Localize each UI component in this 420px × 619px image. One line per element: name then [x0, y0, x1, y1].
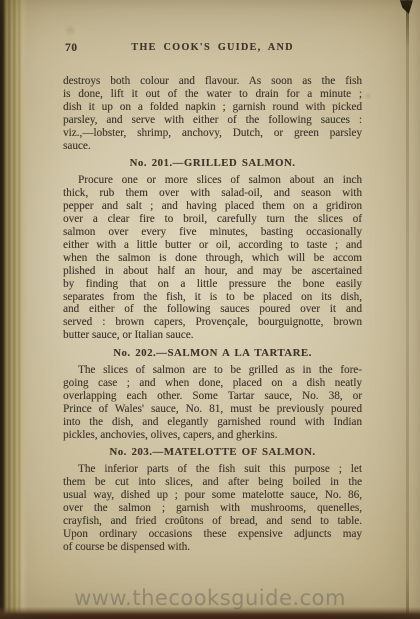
- text-line: either with a little butter or oil, acco…: [63, 239, 362, 252]
- section-heading: No. 201.—GRILLED SALMON.: [63, 157, 362, 170]
- text-line: plished in about half an hour, and may b…: [63, 265, 362, 278]
- text-line: when the salmon is done through, which w…: [63, 252, 362, 265]
- running-head: 70 THE COOK'S GUIDE, AND: [63, 42, 362, 55]
- text-line: over a clear fire to broil, carefully tu…: [63, 213, 362, 226]
- text-line: dish it up on a folded napkin ; garnish …: [63, 101, 362, 114]
- body-text: destroys both colour and flavour. As soo…: [63, 75, 362, 554]
- text-line: The inferior parts of the fish suit this…: [63, 463, 362, 476]
- text-line: and either of the following sauces poure…: [63, 303, 362, 316]
- paragraph: Procure one or more slices of salmon abo…: [63, 174, 362, 342]
- text-line: destroys both colour and flavour. As soo…: [63, 75, 362, 88]
- paragraph: destroys both colour and flavour. As soo…: [63, 75, 362, 152]
- page-edge-right-crease: [406, 0, 409, 619]
- text-line: going case ; and when done, placed on a …: [63, 377, 362, 390]
- text-line: pickles, anchovies, olives, capers, and …: [63, 429, 362, 442]
- text-line: sauce.: [63, 140, 362, 153]
- text-line: Procure one or more slices of salmon abo…: [63, 174, 362, 187]
- book-gutter-left: [0, 0, 28, 619]
- paragraph: The slices of salmon are to be grilled a…: [63, 364, 362, 441]
- text-line: is done, lift it out of the water to dra…: [63, 88, 362, 101]
- text-line: by finding that on a little pressure the…: [63, 278, 362, 291]
- text-line: butter sauce, or Italian sauce.: [63, 329, 362, 342]
- text-line: viz.,—lobster, shrimp, anchovy, Dutch, o…: [63, 127, 362, 140]
- text-line: usual way, dished up ; pour some matelot…: [63, 489, 362, 502]
- text-line: parsley, and serve with either of the fo…: [63, 114, 362, 127]
- page-number: 70: [65, 42, 78, 55]
- section-heading: No. 203.—MATELOTTE OF SALMON.: [63, 446, 362, 459]
- text-line: pepper and salt ; and having placed them…: [63, 200, 362, 213]
- text-line: Prince of Wales' sauce, No. 81, must be …: [63, 403, 362, 416]
- running-title: THE COOK'S GUIDE, AND: [63, 42, 362, 55]
- text-line: them be cut into slices, and after being…: [63, 476, 362, 489]
- text-line: salmon over every five minutes, basting …: [63, 226, 362, 239]
- text-line: into the dish, and elegantly garnished r…: [63, 416, 362, 429]
- text-line: overlapping each other. Some Tartar sauc…: [63, 390, 362, 403]
- section-heading: No. 202.—SALMON A LA TARTARE.: [63, 347, 362, 360]
- text-line: of course be dispensed with.: [63, 541, 362, 554]
- page-content: 70 THE COOK'S GUIDE, AND destroys both c…: [63, 42, 362, 557]
- paragraph: The inferior parts of the fish suit this…: [63, 463, 362, 553]
- text-line: separates from the fish, it is to be pla…: [63, 291, 362, 304]
- text-line: thick, rub them over with salad-oil, and…: [63, 187, 362, 200]
- text-line: Upon ordinary occasions these expensive …: [63, 528, 362, 541]
- book-page-photo: 70 THE COOK'S GUIDE, AND destroys both c…: [0, 0, 420, 619]
- text-line: crayfish, and fried croûtons of bread, a…: [63, 515, 362, 528]
- text-line: The slices of salmon are to be grilled a…: [63, 364, 362, 377]
- text-line: served : brown capers, Provençale, bourg…: [63, 316, 362, 329]
- watermark: www.thecooksguide.com: [0, 586, 420, 610]
- text-line: over the salmon ; garnish with mushrooms…: [63, 502, 362, 515]
